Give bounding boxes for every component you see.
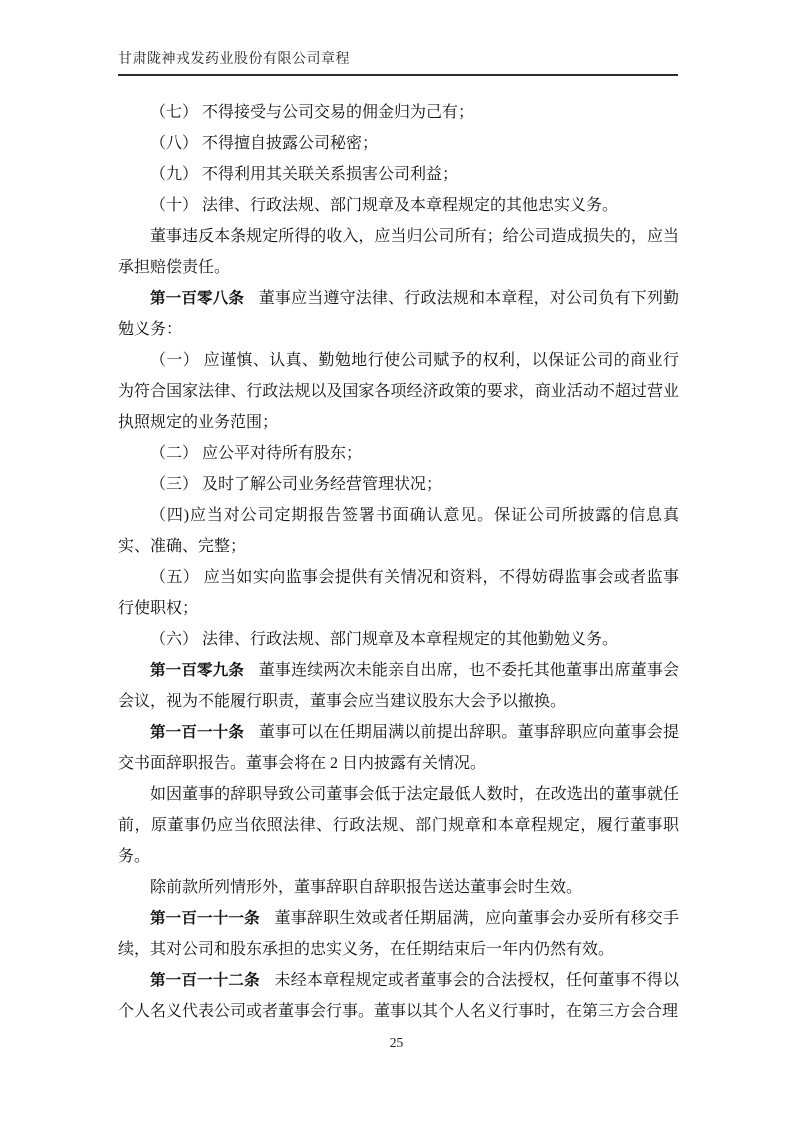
page-footer: 25	[0, 1034, 793, 1052]
paragraph: （七） 不得接受与公司交易的佣金归为己有；	[118, 97, 679, 128]
paragraph: 第一百一十二条未经本章程规定或者董事会的合法授权，任何董事不得以个人名义代表公司…	[118, 965, 679, 1027]
paragraph: （十） 法律、行政法规、部门规章及本章程规定的其他忠实义务。	[118, 190, 679, 221]
article-number: 第一百一十一条	[150, 910, 260, 927]
paragraph-text: （二） 应公平对待所有股东；	[150, 445, 362, 462]
article-number: 第一百一十二条	[150, 972, 260, 989]
paragraph: （九） 不得利用其关联关系损害公司利益；	[118, 159, 679, 190]
paragraph-text: （九） 不得利用其关联关系损害公司利益；	[150, 166, 458, 183]
header-divider	[118, 74, 678, 76]
paragraph: 第一百零八条董事应当遵守法律、行政法规和本章程，对公司负有下列勤勉义务：	[118, 283, 679, 345]
paragraph: （三） 及时了解公司业务经营管理状况；	[118, 469, 679, 500]
header-title: 甘肃陇神戎发药业股份有限公司章程	[118, 50, 678, 74]
paragraph-text: 除前款所列情形外，董事辞职自辞职报告送达董事会时生效。	[150, 879, 582, 896]
article-number: 第一百零九条	[150, 662, 244, 679]
paragraph: 第一百一十条董事可以在任期届满以前提出辞职。董事辞职应向董事会提交书面辞职报告。…	[118, 717, 679, 779]
paragraph-text: 如因董事的辞职导致公司董事会低于法定最低人数时，在改选出的董事就任前，原董事仍应…	[118, 786, 679, 865]
paragraph: （一） 应谨慎、认真、勤勉地行使公司赋予的权利，以保证公司的商业行为符合国家法律…	[118, 345, 679, 438]
paragraph: 如因董事的辞职导致公司董事会低于法定最低人数时，在改选出的董事就任前，原董事仍应…	[118, 779, 679, 872]
paragraph: 第一百零九条董事连续两次未能亲自出席，也不委托其他董事出席董事会会议，视为不能履…	[118, 655, 679, 717]
paragraph: （四)应当对公司定期报告签署书面确认意见。保证公司所披露的信息真实、准确、完整；	[118, 500, 679, 562]
paragraph: （八） 不得擅自披露公司秘密；	[118, 128, 679, 159]
paragraph: （六） 法律、行政法规、部门规章及本章程规定的其他勤勉义务。	[118, 624, 679, 655]
document-page: 甘肃陇神戎发药业股份有限公司章程 （七） 不得接受与公司交易的佣金归为己有； （…	[0, 0, 793, 1122]
document-body: （七） 不得接受与公司交易的佣金归为己有； （八） 不得擅自披露公司秘密； （九…	[118, 97, 679, 1027]
paragraph-text: （三） 及时了解公司业务经营管理状况；	[150, 476, 442, 493]
article-number: 第一百一十条	[150, 724, 244, 741]
paragraph-text: （一） 应谨慎、认真、勤勉地行使公司赋予的权利，以保证公司的商业行为符合国家法律…	[118, 352, 679, 431]
paragraph: 第一百一十一条董事辞职生效或者任期届满，应向董事会办妥所有移交手续，其对公司和股…	[118, 903, 679, 965]
paragraph-text: 董事违反本条规定所得的收入，应当归公司所有；给公司造成损失的，应当承担赔偿责任。	[118, 228, 679, 276]
paragraph: （二） 应公平对待所有股东；	[118, 438, 679, 469]
paragraph-text: （五） 应当如实向监事会提供有关情况和资料，不得妨碍监事会或者监事行使职权；	[118, 569, 679, 617]
article-number: 第一百零八条	[150, 290, 244, 307]
paragraph-text: （七） 不得接受与公司交易的佣金归为己有；	[150, 104, 474, 121]
page-number: 25	[390, 1035, 404, 1050]
paragraph-text: （六） 法律、行政法规、部门规章及本章程规定的其他勤勉义务。	[150, 631, 618, 648]
paragraph-text: （十） 法律、行政法规、部门规章及本章程规定的其他忠实义务。	[150, 197, 618, 214]
page-header: 甘肃陇神戎发药业股份有限公司章程	[118, 50, 678, 76]
paragraph: （五） 应当如实向监事会提供有关情况和资料，不得妨碍监事会或者监事行使职权；	[118, 562, 679, 624]
paragraph-text: （八） 不得擅自披露公司秘密；	[150, 135, 378, 152]
paragraph-text: （四)应当对公司定期报告签署书面确认意见。保证公司所披露的信息真实、准确、完整；	[118, 507, 679, 555]
paragraph: 董事违反本条规定所得的收入，应当归公司所有；给公司造成损失的，应当承担赔偿责任。	[118, 221, 679, 283]
paragraph: 除前款所列情形外，董事辞职自辞职报告送达董事会时生效。	[118, 872, 679, 903]
